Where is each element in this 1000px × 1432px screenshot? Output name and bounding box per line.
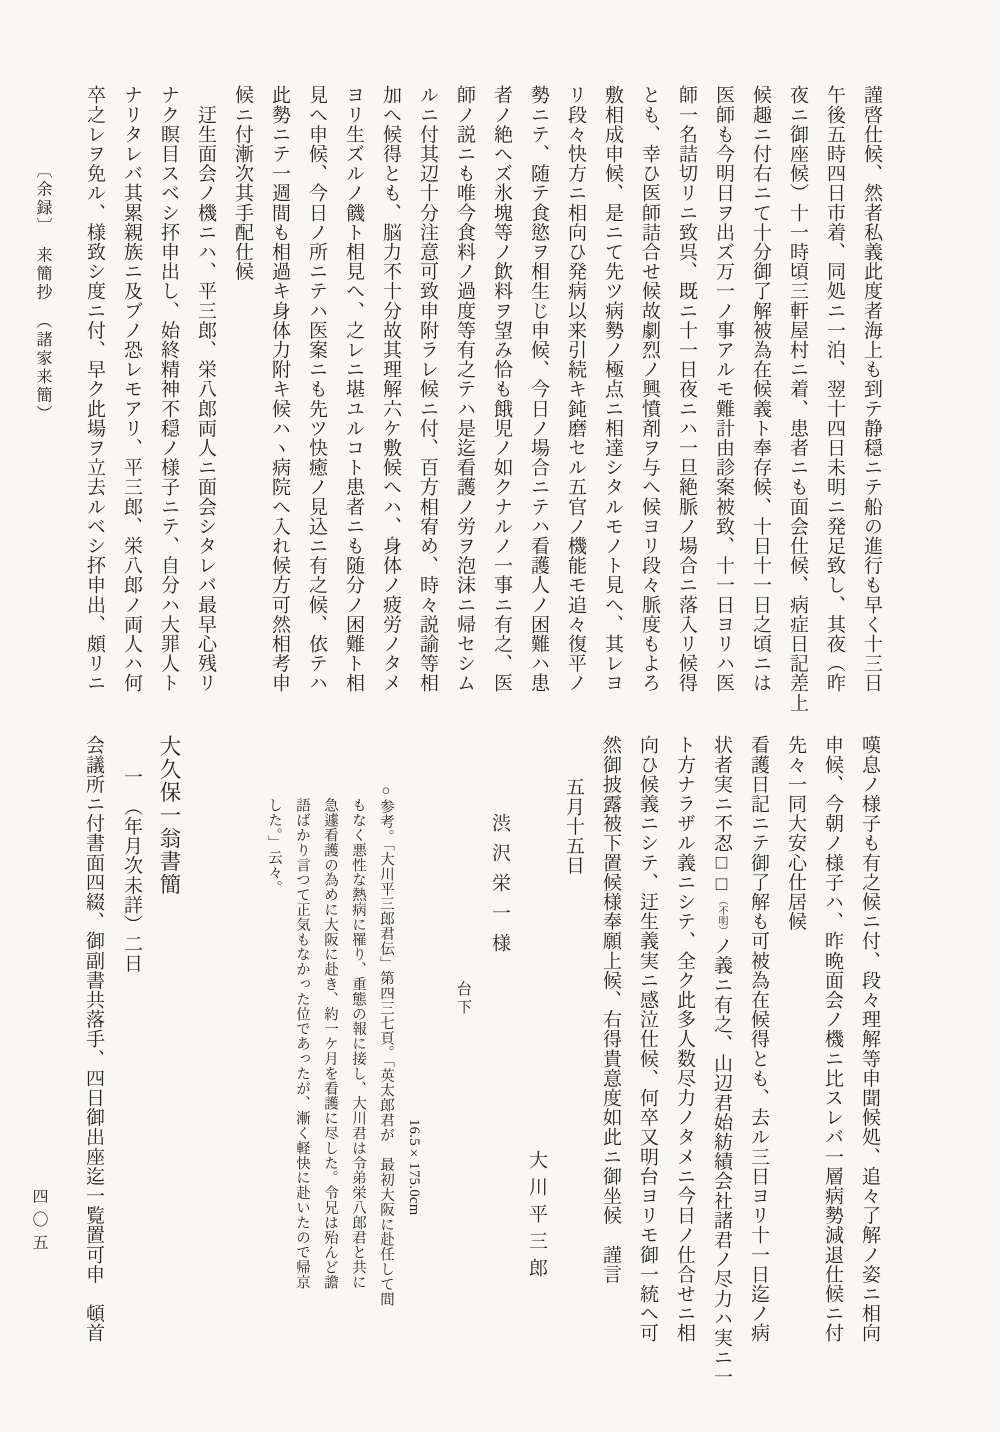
text-column: 迂生面会ノ機ニハ、平三郎、栄八郎両人ニ面会シタレバ最早心残リ — [187, 85, 224, 725]
section-heading: 大久保一翁書簡 — [150, 735, 188, 1355]
text-column: 候ニ付漸次其手配仕候 — [224, 85, 261, 725]
text-column: 加へ候得とも、脳力不十分故其理解六ケ敷候へハ、身体ノ疲労ノタメ — [372, 85, 409, 725]
page-number-text: 四〇五 — [26, 1188, 50, 1298]
text-column: 見へ申候、今日ノ所ニテハ医案ニも先ツ快癒ノ見込ニ有之候、依テハ — [298, 85, 335, 725]
section-subheading: 一 （年月次未詳）二日 — [112, 735, 150, 1355]
text-run: 状者実ニ不忍□□ — [711, 735, 732, 896]
text-column: 者ノ絶へズ氷塊等ノ飲料ヲ望み恰も餓児ノ如クナルノ一事ニ有之、医 — [483, 85, 520, 725]
margin-label-text: 〔余録〕 来簡抄 （諸家来簡） — [30, 162, 54, 462]
text-column: ト方ナラザル義ニシテ、全ク此多人数尽力ノタメニ今日ノ仕合せニ相 — [666, 735, 703, 1380]
text-column: 謹啓仕候、然者私義此度者海上も到テ静穏ニテ船の進行も早く十三日 — [853, 85, 890, 725]
text-column: 申候、今朝ノ様子ハ、昨晩面会ノ機ニ比スレバ一層病勢減退仕候ニ付 — [814, 735, 851, 1380]
text-column: 夜ニ御座候）十一時頃三軒屋村ニ着、患者ニも面会仕候、病症日記差上 — [779, 85, 816, 725]
text-column: 会議所ニ付書面四綴、御副書共落手、四日御出座迄一覧置可申 頓首 — [74, 735, 112, 1355]
text-column: 嘆息ノ様子も有之候ニ付、段々理解等申聞候処、追々了解ノ姿ニ相向 — [851, 735, 888, 1380]
text-column: ○参考。「大川平三郎君伝」第四三七頁。「英太郎君が 最初大阪に赴任して間 — [372, 783, 400, 1383]
text-column-with-illegible-note: 状者実ニ不忍□□（不明）ノ義ニ有之、山辺君始紡績会社諸君ノ尽力ハ実ニ一 — [703, 735, 740, 1380]
letter-date: 五月十五日 — [555, 735, 592, 1380]
letter-body-bottom: 嘆息ノ様子も有之候ニ付、段々理解等申聞候処、追々了解ノ姿ニ相向申候、今朝ノ様子ハ… — [444, 735, 888, 1380]
text-column: 此勢ニテ一週間も相過キ身体力附キ候ハヽ病院へ入れ候方可然相考申 — [261, 85, 298, 725]
text-run: ノ義ニ有之、山辺君始紡績会社諸君ノ尽力ハ実ニ一 — [711, 936, 732, 1387]
text-column: ルニ付其辺十分注意可致申附ラレ候ニ付、百方相宥め、時々説諭等相 — [409, 85, 446, 725]
text-run: （不明） — [716, 896, 727, 936]
text-column: 看護日記ニテ御了解も可被為在候得とも、去ル三日ヨリ十一日迄ノ病 — [740, 735, 777, 1380]
text-column: ヨリ生ズルノ饑ト相見へ、之レニ堪ユルコト患者ニも随分ノ困難ト相 — [335, 85, 372, 725]
text-column: 候趣ニ付右ニて十分御了解被為在候義ト奉存候、十日十一日之頃ニは — [742, 85, 779, 725]
text-column: 勢ニテ、随テ食慾ヲ相生じ申候、今日ノ場合ニテハ看護人ノ困難ハ患 — [520, 85, 557, 725]
text-column: 敷相成申候、是ニて先ツ病勢ノ極点ニ相達シタルモノト見へ、其レヨ — [594, 85, 631, 725]
document-page: 謹啓仕候、然者私義此度者海上も到テ静穏ニテ船の進行も早く十三日午後五時四日市着、… — [0, 0, 1000, 1432]
letter-honorific: 台下 — [444, 735, 481, 1380]
letter-sender: 大川平三郎 — [518, 735, 555, 1380]
text-column: 先々一同大安心仕居候 — [777, 735, 814, 1380]
letter-body-top: 謹啓仕候、然者私義此度者海上も到テ静穏ニテ船の進行も早く十三日午後五時四日市着、… — [76, 85, 890, 725]
text-column: 師一名詰切リニ致呉、既ニ十一日夜ニハ一旦絶脈ノ場合ニ落入リ候得 — [668, 85, 705, 725]
text-column: ナク瞑目スベシ抔申出し、始終精神不穏ノ様子ニテ、自分ハ大罪人ト — [150, 85, 187, 725]
text-column: 向ひ候義ニシテ、迂生義実ニ感泣仕候、何卒又明台ヨリモ御一統へ可 — [629, 735, 666, 1380]
text-column: した。」云々。 — [260, 783, 288, 1383]
letter-addressee: 渋沢栄一様 — [481, 735, 518, 1380]
section-okubo-ichio: 大久保一翁書簡一 （年月次未詳）二日会議所ニ付書面四綴、御副書共落手、四日御出座… — [74, 735, 188, 1355]
page-number: 四〇五 — [26, 1188, 50, 1298]
text-column: 卒之レヲ免ル、様致シ度ニ付、早ク此場ヲ立去ルベシ抔申出、頗リニ — [76, 85, 113, 725]
text-column: 然御披露被下置候様奉願上候、右得貴意度如此ニ御坐候 謹言 — [592, 735, 629, 1380]
margin-label: 〔余録〕 来簡抄 （諸家来簡） — [30, 162, 54, 462]
text-column: 語ばかり言つて正気もなかった位であったが、漸く軽快に赴いたので帰京 — [288, 783, 316, 1383]
text-column: とも、幸ひ医師詰合せ候故劇烈ノ興憤剤ヲ与へ候ヨリ段々脈度もよろ — [631, 85, 668, 725]
text-column: 急遽看護の為めに大阪に赴き、約一ケ月を看護に尽した。令兄は殆んど譫 — [316, 783, 344, 1383]
text-column: リ段々快方ニ相向ひ発病以来引続キ鈍磨セル五官ノ機能モ追々復平ノ — [557, 85, 594, 725]
text-column: 午後五時四日市着、同処ニ一泊、翌十四日未明ニ発足致し、其夜（昨 — [816, 85, 853, 725]
text-column: ナリタレバ其累親族ニ及ブノ恐レモアリ、平三郎、栄八郎ノ両人ハ何 — [113, 85, 150, 725]
document-size-label: 16.5×175.0cm — [400, 783, 428, 1383]
text-column: 師ノ説ニも唯今食料ノ過度等有之テハ是迄看護ノ労ヲ泡沫ニ帰セシム — [446, 85, 483, 725]
text-column: もなく悪性な熱病に罹り、重態の報に接し、大川君は令弟栄八郎君と共に — [344, 783, 372, 1383]
reference-note: 16.5×175.0cm○参考。「大川平三郎君伝」第四三七頁。「英太郎君が 最初… — [260, 783, 428, 1383]
text-column: 医師も今明日ヲ出ズ万一ノ事アルモ難計由診案被致、十一日ヨリハ医 — [705, 85, 742, 725]
